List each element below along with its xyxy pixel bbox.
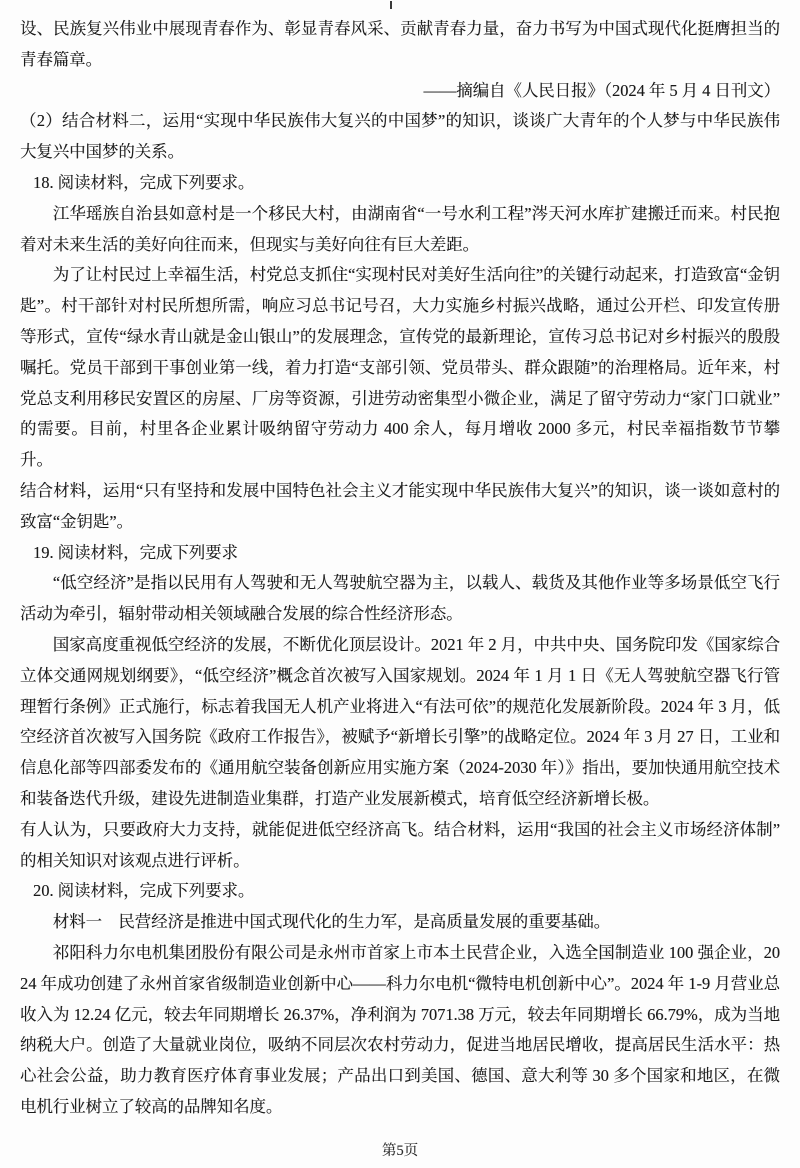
q20-heading: 20. 阅读材料，完成下列要求。	[20, 876, 780, 907]
q17-part2-question: （2）结合材料二，运用“实现中华民族伟大复兴的中国梦”的知识，谈谈广大青年的个人…	[20, 106, 780, 168]
page-number: 第5页	[0, 1139, 800, 1160]
q19-heading: 19. 阅读材料，完成下列要求	[20, 538, 780, 569]
q18-question: 结合材料，运用“只有坚持和发展中国特色社会主义才能实现中华民族伟大复兴”的知识，…	[20, 476, 780, 538]
q17-attribution: ——摘编自《人民日报》（2024 年 5 月 4 日刊文）	[20, 76, 780, 107]
q20-material-1: 材料一 民营经济是推进中国式现代化的生力军，是高质量发展的重要基础。	[20, 907, 780, 938]
q18-material-2: 为了让村民过上幸福生活，村党总支抓住“实现村民对美好生活向往”的关键行动起来，打…	[20, 260, 780, 476]
scan-artifact-tick	[390, 1, 392, 9]
q19-question: 有人认为，只要政府大力支持，就能促进低空经济高飞。结合材料，运用“我国的社会主义…	[20, 815, 780, 877]
q17-material-continuation: 设、民族复兴伟业中展现青春作为、彰显青春风采、贡献青春力量，奋力书写为中国式现代…	[20, 14, 780, 76]
q18-material-1: 江华瑶族自治县如意村是一个移民大村，由湖南省“一号水利工程”涔天河水库扩建搬迁而…	[20, 199, 780, 261]
page-content: 设、民族复兴伟业中展现青春作为、彰显青春风采、贡献青春力量，奋力书写为中国式现代…	[0, 0, 800, 1123]
q20-material-2: 祁阳科力尔电机集团股份有限公司是永州市首家上市本土民营企业，入选全国制造业 10…	[20, 938, 780, 1123]
q19-material-1: “低空经济”是指以民用有人驾驶和无人驾驶航空器为主，以载人、载货及其他作业等多场…	[20, 568, 780, 630]
q18-heading: 18. 阅读材料，完成下列要求。	[20, 168, 780, 199]
exam-paper-page: 设、民族复兴伟业中展现青春作为、彰显青春风采、贡献青春力量，奋力书写为中国式现代…	[0, 0, 800, 1168]
q19-material-2: 国家高度重视低空经济的发展，不断优化顶层设计。2021 年 2 月，中共中央、国…	[20, 630, 780, 815]
